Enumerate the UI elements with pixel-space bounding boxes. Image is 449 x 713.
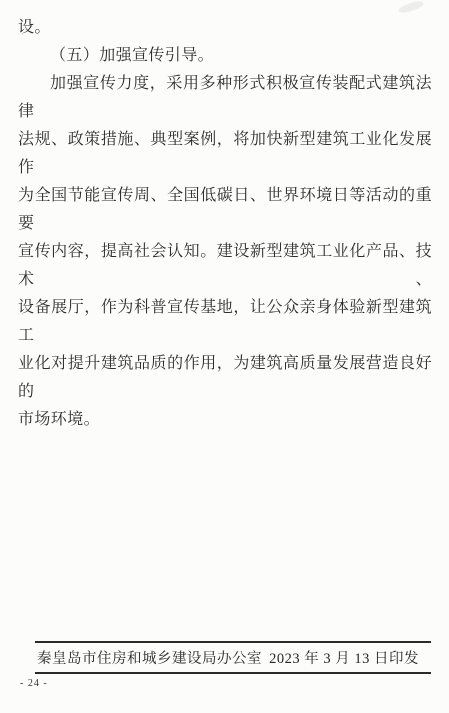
section-heading: （五）加强宣传引导。 <box>18 42 432 70</box>
footer-row: 秦皇岛市住房和城乡建设局办公室 2023 年 3 月 13 日印发 <box>35 643 431 672</box>
issuing-office: 秦皇岛市住房和城乡建设局办公室 <box>37 647 262 668</box>
page-number: - 24 - <box>20 678 48 689</box>
body-line-continuation: 设。 <box>18 14 432 42</box>
body-line: 法规、政策措施、典型案例，将加快新型建筑工业化发展作 <box>18 126 432 182</box>
document-page: 设。 （五）加强宣传引导。 加强宣传力度，采用多种形式积极宣传装配式建筑法律 法… <box>0 0 449 713</box>
body-line: 设备展厅，作为科普宣传基地，让公众亲身体验新型建筑工 <box>18 294 432 350</box>
body-line-last: 市场环境。 <box>18 406 432 434</box>
footer-bottom-rule <box>35 672 431 674</box>
body-line: 为全国节能宣传周、全国低碳日、世界环境日等活动的重要 <box>18 182 432 238</box>
document-footer: 秦皇岛市住房和城乡建设局办公室 2023 年 3 月 13 日印发 <box>35 641 431 674</box>
scan-artifact <box>397 0 424 15</box>
body-line: 宣传内容，提高社会认知。建设新型建筑工业化产品、技术、 <box>18 238 432 294</box>
body-line: 加强宣传力度，采用多种形式积极宣传装配式建筑法律 <box>18 70 432 126</box>
document-body: 设。 （五）加强宣传引导。 加强宣传力度，采用多种形式积极宣传装配式建筑法律 法… <box>18 14 432 434</box>
print-date: 2023 年 3 月 13 日印发 <box>269 647 419 668</box>
body-line: 业化对提升建筑品质的作用，为建筑高质量发展营造良好的 <box>18 350 432 406</box>
